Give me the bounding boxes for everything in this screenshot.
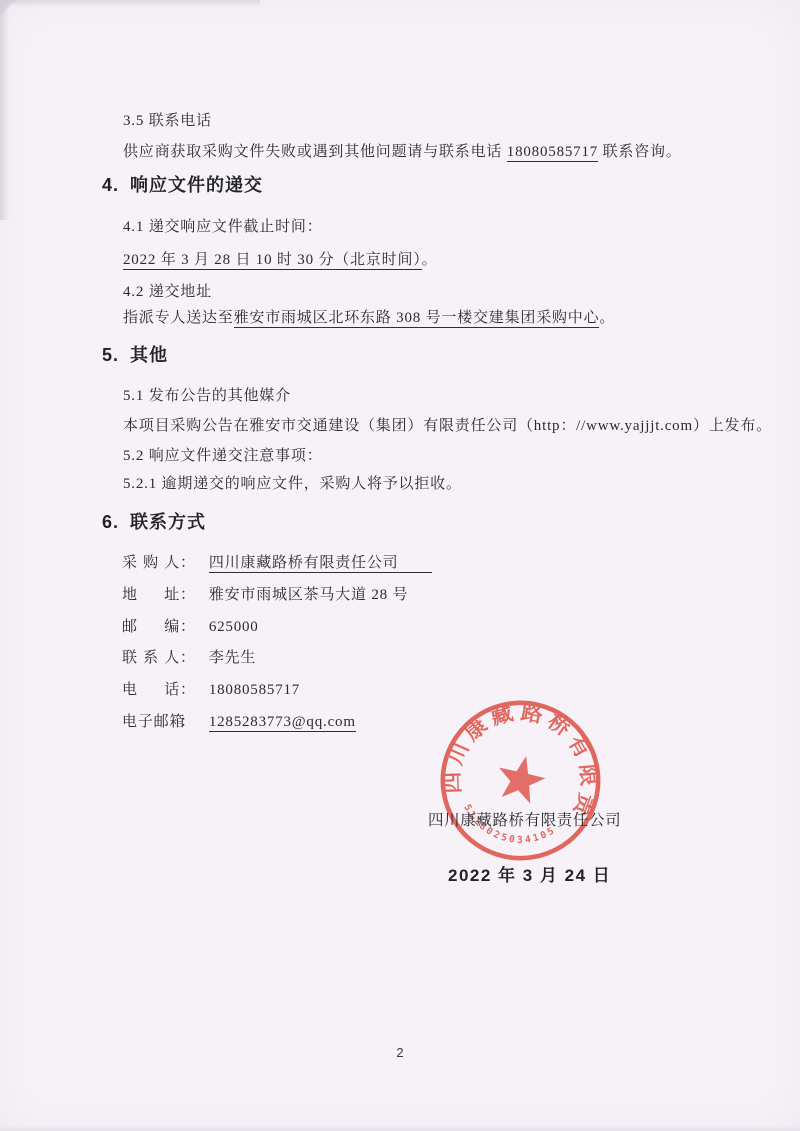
company-seal-stamp: 四川康藏路桥有限责任公司 5118025034105: [420, 680, 620, 880]
contact-colon: ：: [180, 649, 196, 668]
contact-row-email: 电子邮箱：1285283773@qq.com: [122, 713, 356, 732]
scan-edge-top: [0, 0, 260, 7]
body-text: 联系咨询。: [598, 144, 682, 160]
contact-colon: ：: [180, 618, 196, 637]
section-5-heading: 5.其他: [102, 344, 168, 367]
section-5-1-title: 5.1 发布公告的其他媒介: [123, 387, 291, 406]
signature-company-name: 四川康藏路桥有限责任公司: [428, 808, 621, 830]
scan-corner-artifact: [0, 0, 16, 16]
page-number: 2: [0, 1045, 800, 1060]
heading-text: 响应文件的递交: [130, 175, 263, 195]
signature-date: 2022 年 3 月 24 日: [448, 861, 611, 886]
section-3-5-title: 3.5 联系电话: [123, 112, 212, 131]
heading-text: 联系方式: [130, 512, 206, 532]
contact-phone-underlined: 18080585717: [507, 144, 598, 162]
address-underlined: 雅安市雨城区北环东路 308 号一楼交建集团采购中心: [234, 310, 600, 328]
contact-colon: ：: [180, 586, 196, 605]
contact-colon: ：: [180, 713, 196, 732]
address-period: 。: [599, 310, 615, 326]
scan-edge-left: [0, 0, 9, 220]
section-5-1-body: 本项目采购公告在雅安市交通建设（集团）有限责任公司（http：//www.yaj…: [123, 417, 772, 436]
contact-row-phone: 电话：18080585717: [122, 681, 300, 700]
section-4-heading: 4.响应文件的递交: [102, 174, 263, 197]
contact-label: 采购人: [122, 554, 180, 573]
contact-colon: ：: [180, 554, 196, 573]
heading-text: 其他: [130, 345, 168, 365]
contact-row-postcode: 邮编：625000: [122, 618, 259, 637]
contact-label: 地址: [122, 586, 180, 605]
contact-value-underlined: 1285283773@qq.com: [209, 714, 356, 732]
heading-number: 6.: [102, 512, 119, 532]
body-text: 供应商获取采购文件失败或遇到其他问题请与联系电话: [123, 144, 507, 160]
section-5-2-1-body: 5.2.1 逾期递交的响应文件，采购人将予以拒收。: [123, 475, 462, 494]
heading-number: 5.: [102, 345, 119, 365]
deadline-underlined: 2022 年 3 月 28 日 10 时 30 分（北京时间）: [123, 252, 422, 270]
section-6-heading: 6.联系方式: [102, 511, 206, 534]
contact-row-person: 联系人：李先生: [122, 649, 256, 668]
section-4-1-title: 4.1 递交响应文件截止时间：: [123, 218, 323, 237]
contact-label: 联系人: [122, 649, 180, 668]
scan-edge-bottom: [0, 1126, 800, 1131]
contact-value: 625000: [209, 619, 259, 635]
section-4-2-title: 4.2 递交地址: [123, 283, 212, 302]
contact-value: 李先生: [209, 650, 256, 666]
deadline-line: 2022 年 3 月 28 日 10 时 30 分（北京时间）。: [123, 251, 437, 270]
contact-label: 邮编: [122, 618, 180, 637]
contact-value: 雅安市雨城区茶马大道 28 号: [209, 587, 409, 603]
seal-star-icon: [493, 751, 550, 806]
section-3-5-body: 供应商获取采购文件失败或遇到其他问题请与联系电话 18080585717 联系咨…: [123, 143, 682, 162]
contact-label: 电子邮箱: [122, 713, 180, 732]
document-page: 3.5 联系电话 供应商获取采购文件失败或遇到其他问题请与联系电话 180805…: [0, 0, 800, 1131]
contact-value-underlined: 四川康藏路桥有限责任公司: [209, 555, 433, 573]
deadline-period: 。: [422, 252, 438, 268]
contact-colon: ：: [180, 681, 196, 700]
contact-row-address: 地址：雅安市雨城区茶马大道 28 号: [122, 586, 408, 605]
section-5-2-title: 5.2 响应文件递交注意事项：: [123, 447, 323, 466]
contact-value: 18080585717: [209, 682, 300, 698]
contact-row-purchaser: 采购人：四川康藏路桥有限责任公司: [122, 554, 432, 573]
contact-label: 电话: [122, 681, 180, 700]
address-prefix: 指派专人送达至: [123, 310, 234, 326]
heading-number: 4.: [102, 175, 119, 195]
address-line: 指派专人送达至雅安市雨城区北环东路 308 号一楼交建集团采购中心。: [123, 309, 615, 328]
